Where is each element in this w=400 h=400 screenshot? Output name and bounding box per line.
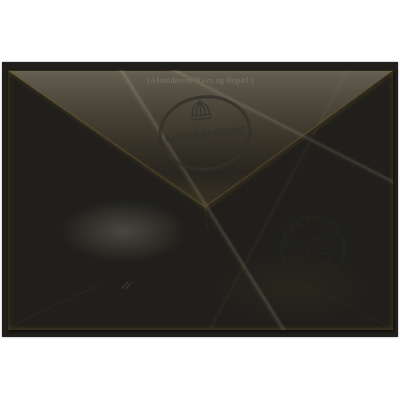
bottom-right-crease xyxy=(306,286,392,328)
pencil-mark xyxy=(122,282,131,289)
star-icon: ✶ xyxy=(314,266,324,278)
envelope-markings: KARREBÆKSMINDE POSTKONTOR. 2-2.17.4-5E N… xyxy=(8,70,393,330)
naestved-postmark: 2-2.17.4-5E NÆSTVED ✶ ✶ ✶ xyxy=(275,210,350,286)
envelope-back: (Afsenderens Navn og Bopæl.) xyxy=(8,70,393,330)
star-icon: ✶ xyxy=(327,259,337,271)
bottom-left-crease xyxy=(8,284,100,328)
photo-of-envelope-back: { "scene": { "background_color": "#fffff… xyxy=(0,0,400,400)
photo-mat: (Afsenderens Navn og Bopæl.) xyxy=(2,62,398,337)
